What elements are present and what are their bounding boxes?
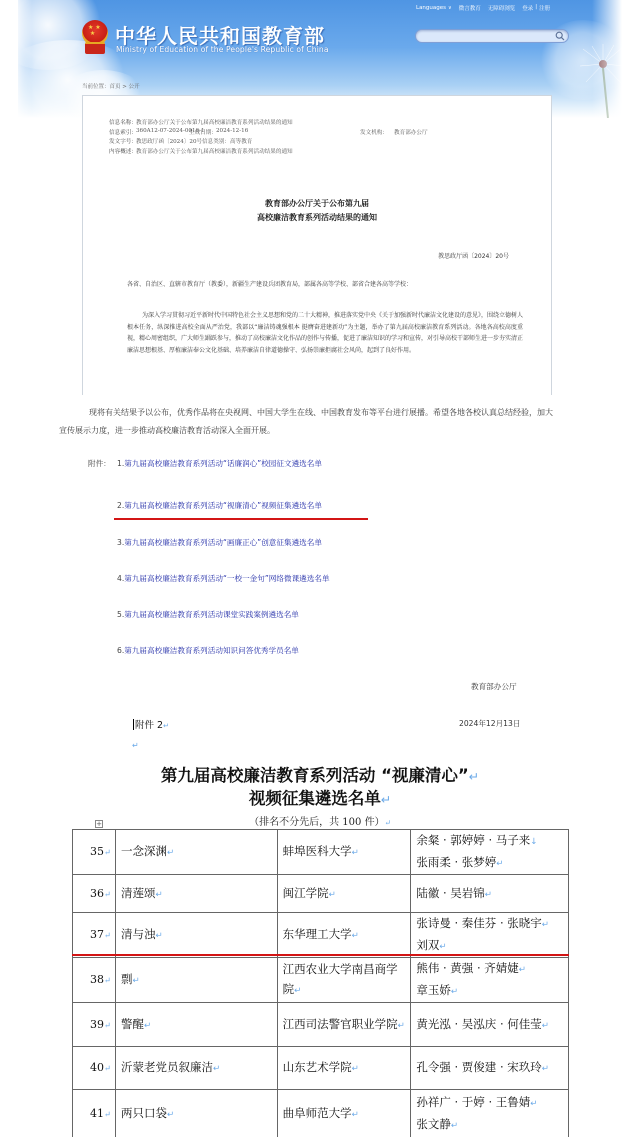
table-move-handle-icon[interactable]: + xyxy=(95,820,103,828)
accessibility-link[interactable]: 无障碍浏览 xyxy=(488,4,516,12)
doc-no-label: 发文字号： xyxy=(109,137,137,145)
list-subtitle: （排名不分先后，共 100 件）↵ xyxy=(60,813,580,828)
notice-paragraph-1: 为深入学习贯彻习近平新时代中国特色社会主义思想和党的二十大精神，推进落实党中央《… xyxy=(127,310,523,356)
selection-list-table: 35↵ 一念深渊↵ 蚌埠医科大学↵ 余粲 · 郭婷婷 · 马子来↓张雨柔 · 张… xyxy=(72,829,569,1137)
work-title: 剽↵ xyxy=(115,958,277,1003)
authors: 黄光泓 · 吴泓庆 · 何佳莹↵ xyxy=(411,1003,569,1047)
text-cursor xyxy=(133,719,134,730)
attachment-link-4[interactable]: 4.第九届高校廉洁教育系列活动“一校一金句”网络微课遴选名单 xyxy=(117,573,330,584)
info-name-value: 教育部办公厅关于公布第九届高校廉洁教育系列活动结果的通知 xyxy=(136,118,293,126)
school-name: 江西司法警官职业学院↵ xyxy=(277,1003,411,1047)
info-name-label: 信息名称： xyxy=(109,118,137,126)
work-title: 警醒↵ xyxy=(115,1003,277,1047)
national-emblem-icon[interactable]: ★ ★ ★ xyxy=(82,20,108,56)
school-name: 江西农业大学南昌商学院↵ xyxy=(277,958,411,1003)
attachment-link-1[interactable]: 1.第九届高校廉洁教育系列活动“话廉润心”校园征文遴选名单 xyxy=(117,458,322,469)
table-row: 39↵ 警醒↵ 江西司法警官职业学院↵ 黄光泓 · 吴泓庆 · 何佳莹↵ xyxy=(73,1003,569,1047)
row-number: 35↵ xyxy=(73,830,116,875)
attachment-link-2[interactable]: 2.第九届高校廉洁教育系列活动“视廉清心”视频征集遴选名单 xyxy=(117,500,322,511)
highlight-row-underline xyxy=(72,954,569,956)
divider: | xyxy=(535,4,537,12)
list-title-line1: 第九届高校廉洁教育系列活动 “视廉清心”↵ xyxy=(60,762,580,786)
work-title: 沂蒙老党员叙廉洁↵ xyxy=(115,1047,277,1090)
row-number: 37↵ xyxy=(73,913,116,958)
table-row: 40↵ 沂蒙老党员叙廉洁↵ 山东艺术学院↵ 孔令强 · 贾俊建 · 宋玖玲↵ xyxy=(73,1047,569,1090)
table-row: 38↵ 剽↵ 江西农业大学南昌商学院↵ 熊伟 · 黄强 · 齐婧婕↵章玉娇↵ xyxy=(73,958,569,1003)
row-number: 40↵ xyxy=(73,1047,116,1090)
top-links: Languages∨ 微言教育 无障碍浏览 登录 | 注册 xyxy=(416,4,550,12)
authors: 陆徽 · 吴岩锦↵ xyxy=(411,875,569,913)
attachment-link-6[interactable]: 6.第九届高校廉洁教育系列活动知识问答优秀学员名单 xyxy=(117,645,299,656)
table-row: 41↵ 两只口袋↵ 曲阜师范大学↵ 孙祥广 · 于婷 · 王鲁婧↵张文静↵ xyxy=(73,1090,569,1137)
row-number: 36↵ xyxy=(73,875,116,913)
chevron-down-icon: ∨ xyxy=(448,5,452,11)
authors: 孙祥广 · 于婷 · 王鲁婧↵张文静↵ xyxy=(411,1090,569,1137)
search-icon[interactable] xyxy=(555,31,565,41)
site-logo-subtitle: Ministry of Education of the People's Re… xyxy=(116,45,329,54)
index-label: 信息索引： xyxy=(109,128,137,136)
row-number: 39↵ xyxy=(73,1003,116,1047)
search-box xyxy=(415,29,569,43)
table-row: 36↵ 清莲颂↵ 闽江学院↵ 陆徽 · 吴岩锦↵ xyxy=(73,875,569,913)
authors: 余粲 · 郭婷婷 · 马子来↓张雨柔 · 张梦婷↵ xyxy=(411,830,569,875)
register-link[interactable]: 注册 xyxy=(539,4,550,12)
highlight-underline xyxy=(114,518,368,520)
row-number: 38↵ xyxy=(73,958,116,1003)
org-label: 发文机构： xyxy=(360,128,388,136)
org-value: 教育部办公厅 xyxy=(394,128,428,136)
notice-title-line1: 教育部办公厅关于公布第九届 xyxy=(82,198,552,209)
search-input[interactable] xyxy=(422,38,552,50)
work-title: 一念深渊↵ xyxy=(115,830,277,875)
work-title: 清与浊↵ xyxy=(115,913,277,958)
row-number: 41↵ xyxy=(73,1090,116,1137)
paragraph-mark-icon: ↵ xyxy=(163,721,169,730)
notice-paragraph-2: 现将有关结果予以公布，优秀作品将在央视网、中国大学生在线、中国教育发布等平台进行… xyxy=(59,404,559,440)
attachments-label: 附件： xyxy=(88,458,111,469)
category-value: 高等教育 xyxy=(230,137,252,145)
doc-no-value: 教思政厅函〔2024〕20号 xyxy=(136,137,202,145)
signing-organization: 教育部办公厅 xyxy=(471,681,517,692)
breadcrumb[interactable]: 当前位置：首页 > 公开 xyxy=(82,82,140,90)
date-value: 2024-12-16 xyxy=(216,128,248,134)
signing-date: 2024年12月13日 xyxy=(459,718,520,729)
school-name: 曲阜师范大学↵ xyxy=(277,1090,411,1137)
paragraph-mark-icon: ↵ xyxy=(132,741,139,750)
category-label: 信息类别： xyxy=(202,137,230,145)
authors: 孔令强 · 贾俊建 · 宋玖玲↵ xyxy=(411,1047,569,1090)
attachment-2-label: 附件 2↵ xyxy=(133,717,169,731)
authors: 张诗曼 · 秦佳芬 · 张晓宇↵刘双↵ xyxy=(411,913,569,958)
weiyan-education-link[interactable]: 微言教育 xyxy=(459,4,481,12)
school-name: 蚌埠医科大学↵ xyxy=(277,830,411,875)
attachment-link-3[interactable]: 3.第九届高校廉洁教育系列活动“画廉正心”创意征集遴选名单 xyxy=(117,537,322,548)
summary-label: 内容概述： xyxy=(109,147,137,155)
doc-number: 教思政厅函〔2024〕20号 xyxy=(438,251,509,260)
authors: 熊伟 · 黄强 · 齐婧婕↵章玉娇↵ xyxy=(411,958,569,1003)
work-title: 两只口袋↵ xyxy=(115,1090,277,1137)
attachment-link-5[interactable]: 5.第九届高校廉洁教育系列活动课堂实践案例遴选名单 xyxy=(117,609,299,620)
school-name: 山东艺术学院↵ xyxy=(277,1047,411,1090)
addressee: 各省、自治区、直辖市教育厅（教委），新疆生产建设兵团教育局，部属各高等学校、部省… xyxy=(127,279,412,288)
school-name: 闽江学院↵ xyxy=(277,875,411,913)
table-row: 35↵ 一念深渊↵ 蚌埠医科大学↵ 余粲 · 郭婷婷 · 马子来↓张雨柔 · 张… xyxy=(73,830,569,875)
login-link[interactable]: 登录 xyxy=(522,4,533,12)
list-title-line2: 视频征集遴选名单↵ xyxy=(60,785,580,809)
languages-dropdown[interactable]: Languages∨ xyxy=(416,5,452,11)
table-row: 37↵ 清与浊↵ 东华理工大学↵ 张诗曼 · 秦佳芬 · 张晓宇↵刘双↵ xyxy=(73,913,569,958)
notice-title-line2: 高校廉洁教育系列活动结果的通知 xyxy=(82,212,552,223)
school-name: 东华理工大学↵ xyxy=(277,913,411,958)
work-title: 清莲颂↵ xyxy=(115,875,277,913)
summary-value: 教育部办公厅关于公布第九届高校廉洁教育系列活动结果的通知 xyxy=(136,147,293,155)
date-label: 生成日期： xyxy=(189,128,217,136)
